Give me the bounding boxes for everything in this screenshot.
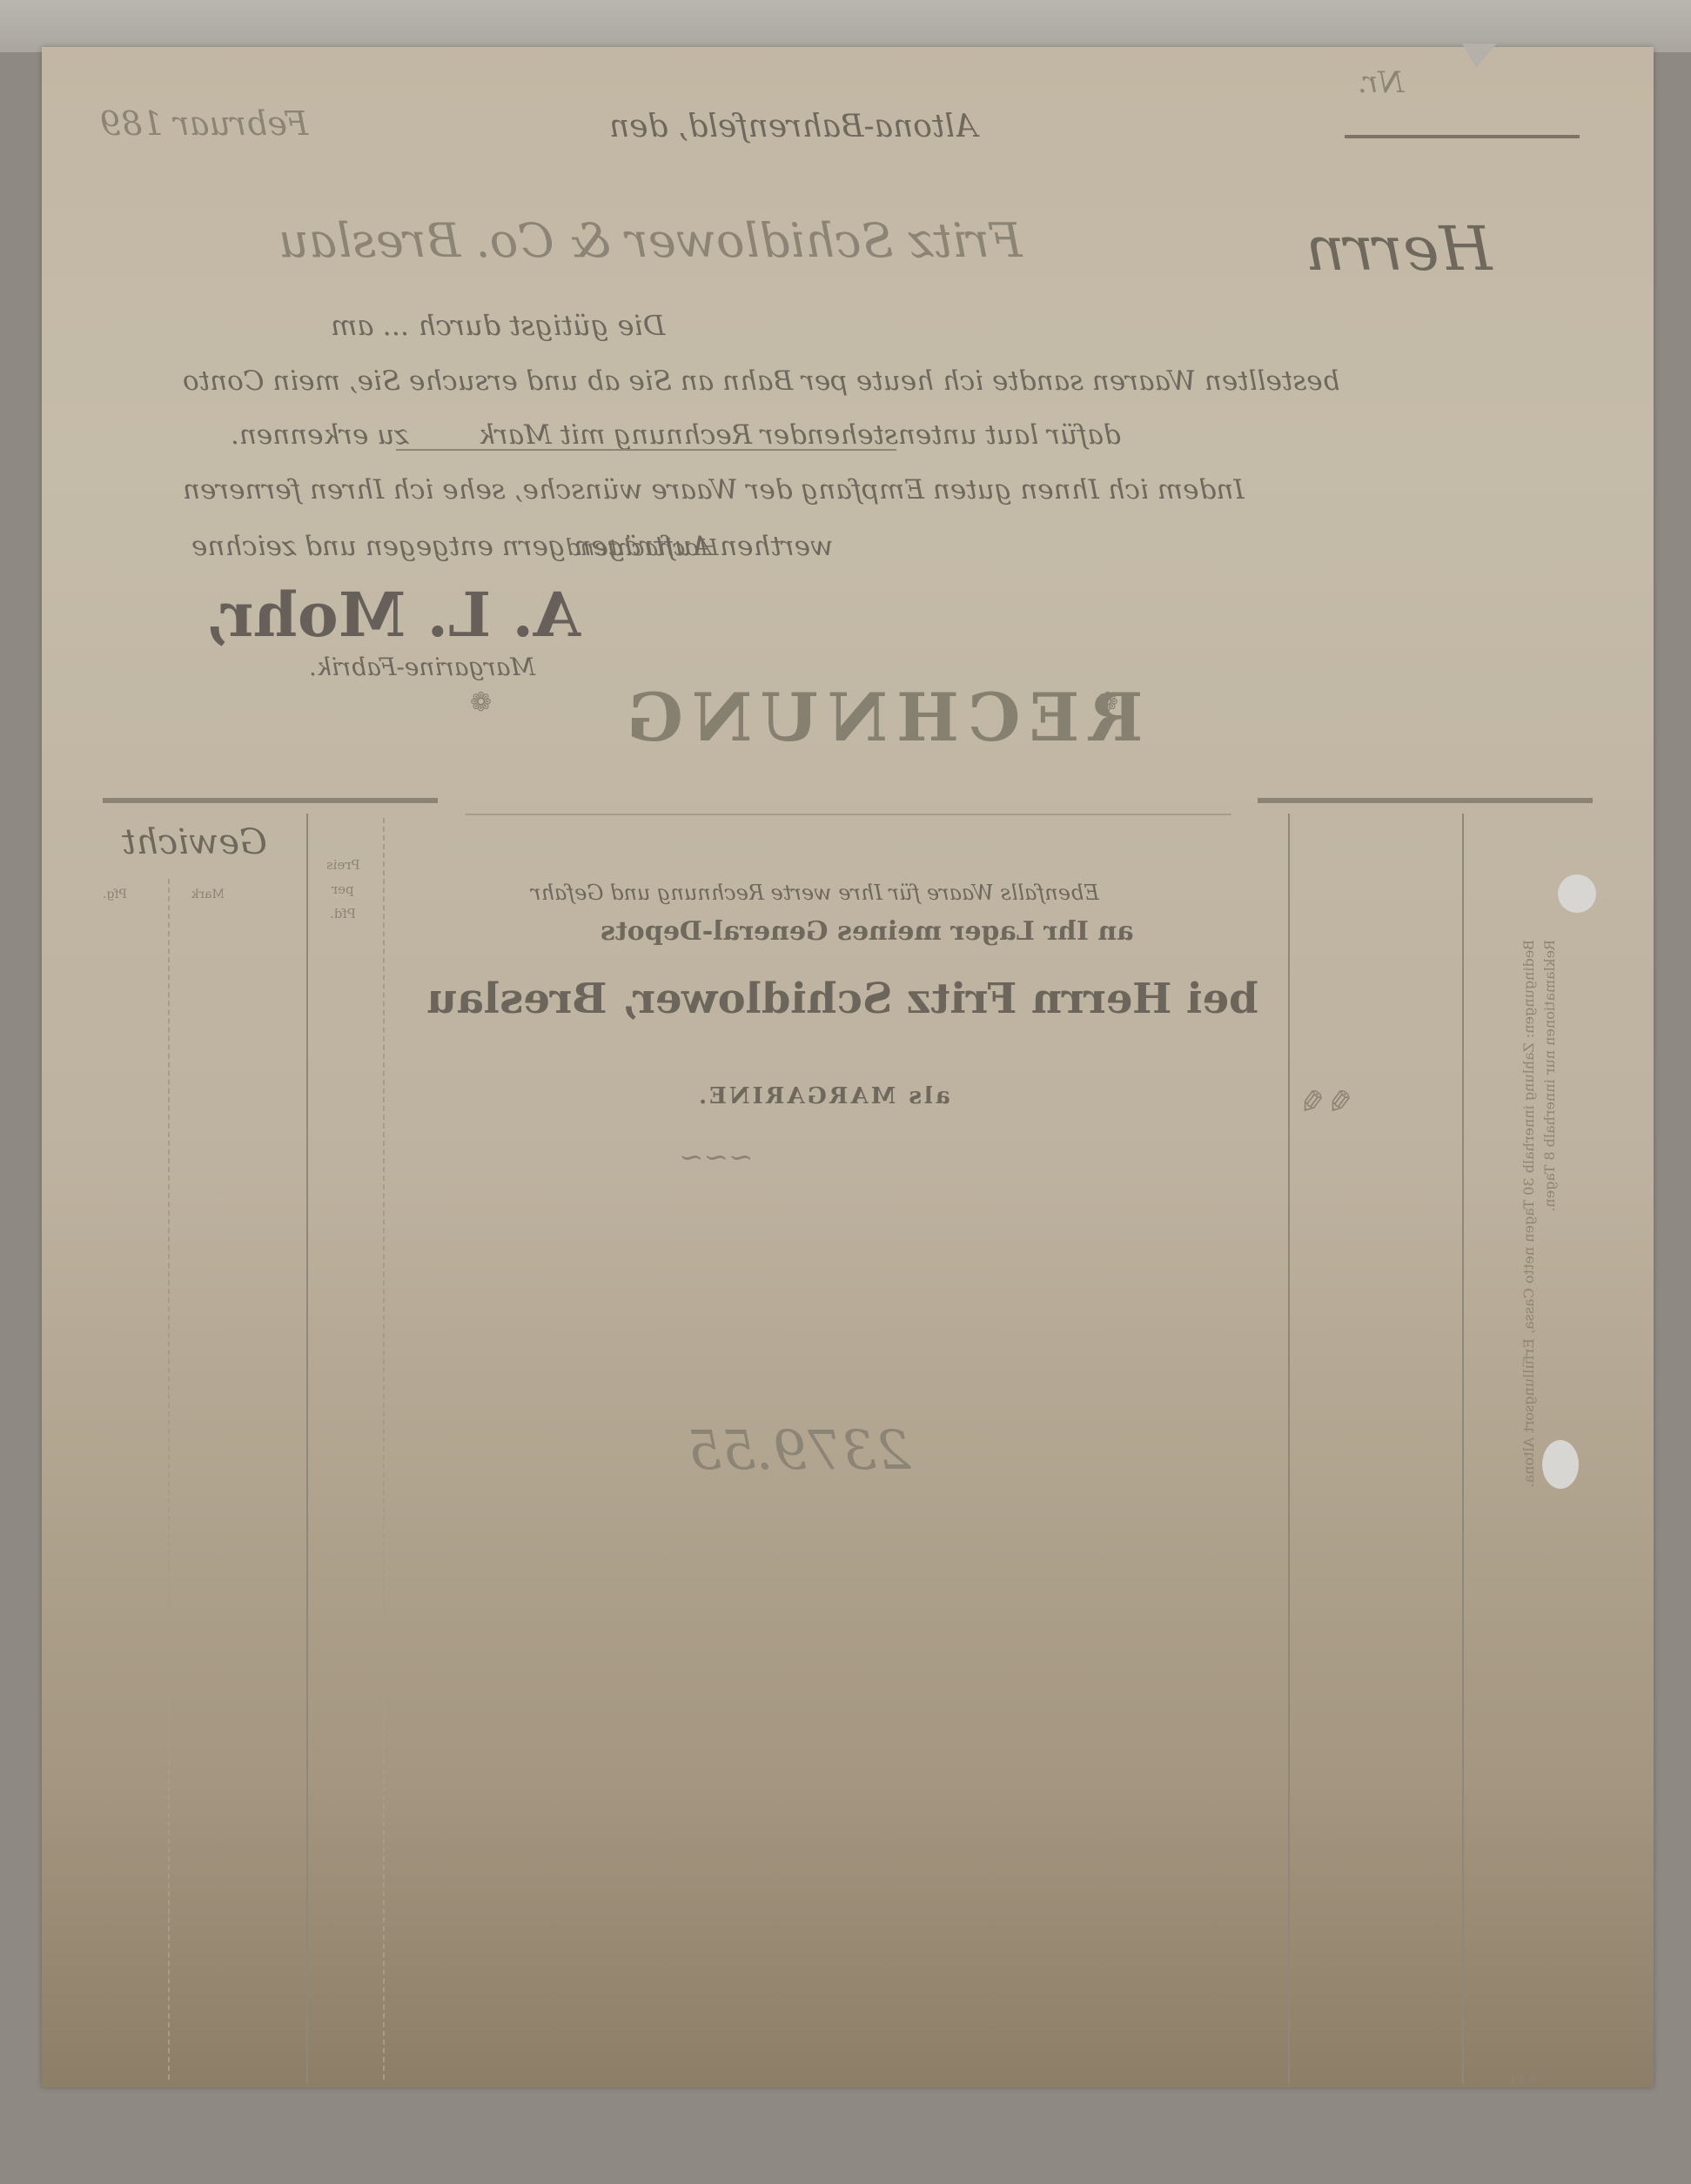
corner-mark: Nr. [1358, 65, 1404, 100]
column-divider-pfg [383, 818, 385, 2080]
date-handwritten: Februar 189 [100, 104, 308, 143]
header-rule-right [1258, 798, 1593, 803]
amount-rule [396, 449, 896, 451]
column-divider-price [306, 814, 308, 2084]
description-line-2: an Ihr Lager meines General-Depots [601, 916, 1134, 947]
body-line-2: bestellten Waaren sandte ich heute per B… [183, 365, 1339, 397]
ornament-left: ❁ [470, 687, 492, 718]
header-mark: Mark [191, 888, 225, 901]
column-divider-weight [1288, 814, 1290, 2084]
company-name: A. L. Mohr, [205, 579, 580, 651]
body-line-5: Indem ich Ihnen guten Empfang der Waare … [183, 474, 1245, 506]
invoice-sheet [42, 47, 1654, 2087]
company-subtitle: Margarine-Fabrik. [309, 653, 535, 681]
header-rule-left [103, 798, 438, 803]
product-line: als MARGARINE. [696, 1083, 950, 1109]
header-pfg: Pfg. [103, 888, 127, 901]
scan-background [0, 0, 1691, 52]
depot-name: bei Herrn Fritz Schidlower, Breslau [426, 975, 1258, 1023]
recipient-prefix: Herrn [1305, 213, 1492, 285]
ornament-right: ❁ [1097, 687, 1118, 718]
column-divider-mark [168, 879, 170, 2080]
header-rule-center [466, 814, 1231, 815]
invoice-title: RECHNUNG [618, 679, 1144, 756]
corner-rule [1345, 135, 1580, 138]
header-price: Preis per Pfd. [326, 853, 360, 926]
side-note: Bedingungen: Zahlung innerhalb 30 Tagen … [1519, 940, 1606, 1514]
body-line-3: dafür laut untenstehender Rechnung mit M… [479, 419, 1121, 451]
body-line-4: zu erkennen. [231, 419, 409, 451]
handwritten-total: 2379.55 [688, 1418, 910, 1482]
closing: Hochachtend [566, 535, 719, 561]
recipient-handwritten: Fritz Schidlower & Co. Breslau [278, 213, 1023, 268]
header-weight: Gewicht [122, 822, 267, 862]
description-line-1: Ebenfalls Waare für Ihre werte Rechnung … [531, 881, 1099, 905]
bottom-mark: 4 I I [1510, 2071, 1537, 2087]
weight-handwritten: ✎✎ [1301, 1083, 1357, 1122]
body-line-6: werthen Aufträgen gern entgegen und zeic… [191, 531, 834, 562]
place-date-line: Altona-Bahrenfeld, den [609, 109, 977, 144]
row-handwritten: ~~~ [679, 1140, 753, 1175]
body-line-1: Die gütigst durch ... am [331, 309, 665, 342]
punch-hole-upper [1558, 874, 1596, 913]
column-divider-side [1462, 814, 1464, 2084]
